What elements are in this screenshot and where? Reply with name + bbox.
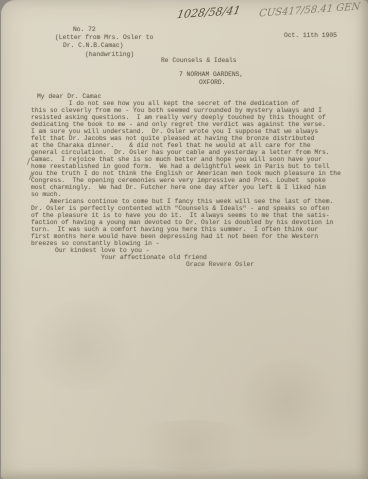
letter-line: Camac. I rejoice that she is so much bet… (31, 156, 365, 163)
subject-line: Re Counsels & Ideals (161, 57, 237, 64)
pencil-stroke (27, 158, 30, 165)
letter-line: felt that Dr. Jacobs was not quite pleas… (31, 135, 365, 142)
letter-line: you the truth I do not think the English… (31, 170, 365, 177)
letter-line: faction of having a young man devoted to… (31, 219, 365, 226)
letter-line: so much. (31, 191, 365, 198)
item-number: No. 72 (73, 26, 96, 33)
letter-line: turn. It was such a comfort having you h… (31, 226, 365, 233)
paper-stain (121, 420, 261, 470)
address-line-2: OXFORD. (199, 79, 225, 86)
letter-line: this so cleverly from me - You both seem… (31, 107, 365, 114)
address-line-1: 7 NORHAM GARDENS, (179, 71, 243, 78)
letter-line: I do not see how you all kept the secret… (31, 100, 365, 107)
letter-body-lines: I do not see how you all kept the secret… (31, 100, 365, 247)
letter-line: at the Charaka dinner. & did not feel th… (31, 142, 365, 149)
letter-line: resisted asking questions. I am really v… (31, 114, 365, 121)
letter-body: I do not see how you all kept the secret… (31, 100, 365, 268)
letter-line: dedicating the book to me - and only reg… (31, 121, 365, 128)
paper-stain (21, 300, 141, 390)
letter-date: Oct. 11th 1905 (284, 32, 337, 39)
paper-stain (231, 360, 341, 440)
signature-line: Grace Revere Osler (31, 261, 365, 268)
description-line-3: (handwriting) (85, 51, 134, 58)
letter-line: Dr. Osler is perfectly contented with "C… (31, 205, 365, 212)
letter-line: home reestablished in good form. We had … (31, 163, 365, 170)
letter-line: general circulation. Dr. Osler has your … (31, 149, 365, 156)
closing-line: Our kindest love to you - (31, 247, 365, 254)
letter-line: first months here would have been depres… (31, 233, 365, 240)
valediction-line: Your affectionate old friend (31, 254, 365, 261)
description-line-1: (Letter from Mrs. Osler to (55, 34, 153, 41)
salutation: My dear Dr. Camac (37, 93, 101, 100)
description-line-2: Dr. C.N.B.Camac) (63, 42, 123, 49)
pencil-reference-number: CUS417/58.41 GEN (259, 1, 361, 19)
ink-reference-number: 1028/58/41 (176, 4, 242, 22)
letter-line: Congress. The opening ceremonies were ve… (31, 177, 365, 184)
scanned-letter-page: { "annotations": { "ink_reference": "102… (0, 0, 368, 479)
letter-line: of the pleasure it is to have you do it.… (31, 212, 365, 219)
letter-line: I am sure you will understand. Dr. Osler… (31, 128, 365, 135)
letter-paper: 1028/58/41 CUS417/58.41 GEN No. 72 (Lett… (1, 0, 368, 479)
letter-line: most charmingly. We had Dr. Futcher here… (31, 184, 365, 191)
letter-line: Americans continue to come but I fancy t… (31, 198, 365, 205)
letter-line: breezes so constantly blowing in - (31, 240, 365, 247)
